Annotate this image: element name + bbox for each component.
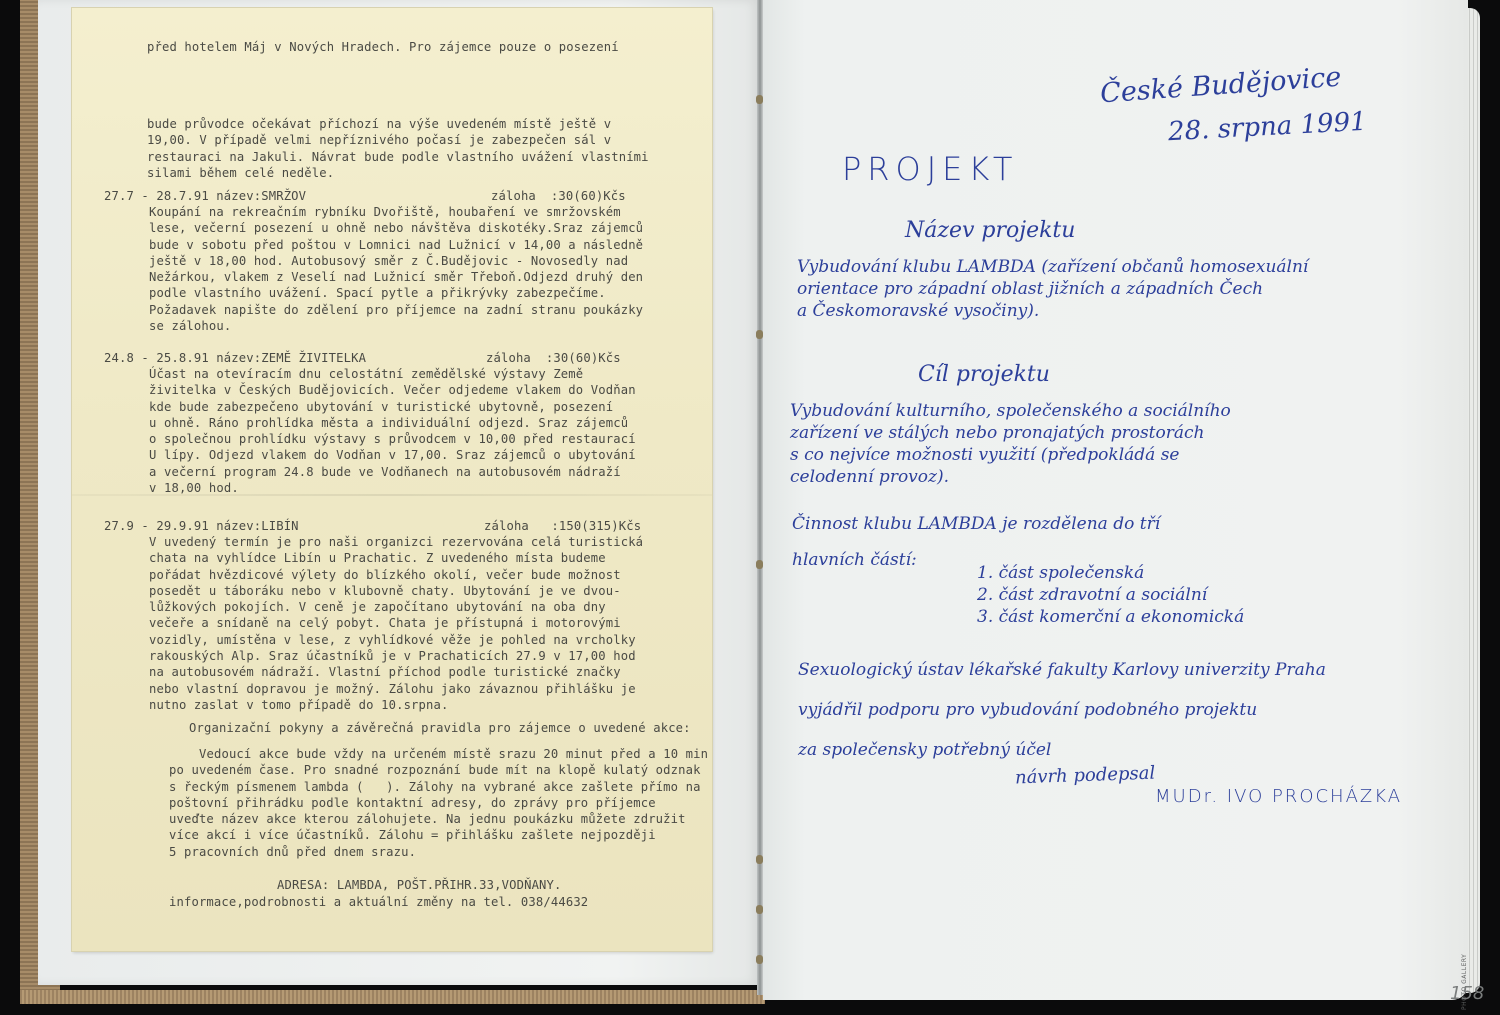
text-line: lůžkových pokojích. V ceně je započítano…: [149, 599, 704, 615]
text-line: poštovní přihrádku podle kontaktní adres…: [169, 795, 708, 811]
heading-project-name: Název projektu: [905, 218, 1075, 243]
event-description: Koupání na rekreačním rybníku Dvořiště, …: [149, 204, 704, 334]
text-line: vozidly, umístěna v lese, z vyhlídkové v…: [149, 632, 704, 648]
binding-stitch: [756, 955, 763, 964]
binding-stitch: [756, 330, 763, 339]
event-description: Účast na otevíracím dnu celostátní zeměd…: [149, 366, 704, 496]
text-line: vyjádřil podporu pro vybudování podobnéh…: [798, 690, 1326, 730]
text-line: posedět u táboráku nebo v klubovně chaty…: [149, 583, 704, 599]
text-line: nebo vlastní dopravou je možný. Zálohu j…: [149, 681, 704, 697]
event-dates: 24.8 - 25.8.91 název:ZEMĚ ŽIVITELKA: [104, 350, 366, 366]
heading-project-goal: Cíl projektu: [918, 362, 1050, 387]
project-title: PROJEKT: [842, 150, 1018, 188]
text-line: nutno zaslat v tomo případě do 10.srpna.: [149, 697, 704, 713]
rules-text: Vedoucí akce bude vždy na určeném místě …: [169, 746, 708, 860]
event-description: V uvedený termín je pro naši organizci r…: [149, 534, 704, 713]
text-line: a Českomoravské vysočiny).: [797, 300, 1308, 322]
text-line: v 18,00 hod.: [149, 480, 704, 496]
text-line: u ohně. Ráno prohlídka města a individuá…: [149, 415, 704, 431]
club-parts-list: 1. část společenská 2. část zdravotní a …: [977, 562, 1244, 628]
text-line: Činnost klubu LAMBDA je rozdělena do tří: [792, 506, 1160, 542]
page-stack-edges: [1466, 8, 1480, 993]
event-dates: 27.7 - 28.7.91 název:SMRŽOV: [104, 188, 306, 204]
text-line: za společensky potřebný účel: [798, 730, 1326, 770]
text-line: Vybudování klubu LAMBDA (zařízení občanů…: [797, 256, 1308, 278]
flyer-top-line: před hotelem Máj v Nových Hradech. Pro z…: [147, 39, 619, 55]
text-line: o společnou prohlídku výstavy s průvodce…: [149, 431, 704, 447]
text-line: Koupání na rekreačním rybníku Dvořiště, …: [149, 204, 704, 220]
text-line: U lípy. Odjezd vlakem do Vodňan v 17,00.…: [149, 447, 704, 463]
event-deposit: záloha :30(60)Kčs: [491, 188, 626, 204]
text-line: celodenní provoz).: [790, 466, 1231, 488]
text-line: živitelka v Českých Budějovicích. Večer …: [149, 382, 704, 398]
text-line: Účast na otevíracím dnu celostátní zeměd…: [149, 366, 704, 382]
contact-address: ADRESA: LAMBDA, POŠT.PŘIHR.33,VODŇANY.: [277, 877, 562, 893]
text-line: pořádat hvězdicové výlety do blízkého ok…: [149, 567, 704, 583]
text-line: více akcí i více účastníků. Zálohu = při…: [169, 827, 708, 843]
text-line: s co nejvíce možnosti využití (předpoklá…: [790, 444, 1231, 466]
text-line: Požadavek napište do zdělení pro příjemc…: [149, 302, 704, 318]
text-line: zařízení ve stálých nebo pronajatých pro…: [790, 422, 1231, 444]
event-smrzov: 27.7 - 28.7.91 název:SMRŽOV záloha :30(6…: [104, 188, 704, 334]
rules-heading: Organizační pokyny a závěrečná pravidla …: [189, 720, 691, 736]
project-name-text: Vybudování klubu LAMBDA (zařízení občanů…: [797, 256, 1308, 322]
text-line: rakouských Alp. Sraz účastníků je v Prac…: [149, 648, 704, 664]
text-line: se zálohou.: [149, 318, 704, 334]
text-line: Sexuologický ústav lékařské fakulty Karl…: [798, 650, 1326, 690]
list-item: 1. část společenská: [977, 562, 1244, 584]
text-line: bude průvodce očekávat příchozí na výše …: [147, 116, 649, 132]
event-zeme-zivitelka: 24.8 - 25.8.91 název:ZEMĚ ŽIVITELKA zálo…: [104, 350, 704, 496]
list-item: 2. část zdravotní a sociální: [977, 584, 1244, 606]
event-deposit: záloha :30(60)Kčs: [486, 350, 621, 366]
list-item: 3. část komerční a ekonomická: [977, 606, 1244, 628]
text-line: 19,00. V případě velmi nepříznivého poča…: [147, 132, 649, 148]
contact-phone-info: informace,podrobnosti a aktuální změny n…: [169, 894, 588, 910]
text-line: Nežárkou, vlakem z Veselí nad Lužnicí sm…: [149, 269, 704, 285]
typed-flyer: před hotelem Máj v Nových Hradech. Pro z…: [72, 8, 712, 951]
text-line: ještě v 18,00 hod. Autobusový směr z Č.B…: [149, 253, 704, 269]
text-line: po uvedeném čase. Pro snadné rozpoznání …: [169, 762, 708, 778]
text-line: V uvedený termín je pro naši organizci r…: [149, 534, 704, 550]
text-line: kde bude zabezpečeno ubytování v turisti…: [149, 399, 704, 415]
book-cover-bottom-edge: [20, 990, 765, 1004]
text-line: 5 pracovních dnů před dnem srazu.: [169, 844, 708, 860]
binding-stitch: [756, 905, 763, 914]
binding-stitch: [756, 560, 763, 569]
text-line: a večerní program 24.8 bude ve Vodňanech…: [149, 464, 704, 480]
flyer-intro: bude průvodce očekávat příchozí na výše …: [147, 116, 649, 181]
text-line: silami během celé neděle.: [147, 165, 649, 181]
support-statement: Sexuologický ústav lékařské fakulty Karl…: [798, 650, 1326, 770]
text-line: Vedoucí akce bude vždy na určeném místě …: [169, 746, 708, 762]
text-line: chata na vyhlídce Libín u Prachatic. Z u…: [149, 550, 704, 566]
text-line: orientace pro západní oblast jižních a z…: [797, 278, 1308, 300]
page-number: 158: [1450, 983, 1484, 1004]
text-line: restauraci na Jakuli. Návrat bude podle …: [147, 149, 649, 165]
binding-stitch: [756, 95, 763, 104]
event-dates: 27.9 - 29.9.91 název:LIBÍN: [104, 518, 299, 534]
event-deposit: záloha :150(315)Kčs: [484, 518, 641, 534]
text-line: lese, večerní posezení u ohně nebo návšt…: [149, 220, 704, 236]
binding-stitch: [756, 855, 763, 864]
text-line: s řeckým písmenem lambda ( ). Zálohy na …: [169, 779, 708, 795]
event-libin: 27.9 - 29.9.91 název:LIBÍN záloha :150(3…: [104, 518, 704, 713]
signatory-name: MUDr. IVO PROCHÁZKA: [1155, 786, 1402, 807]
text-line: podle vlastního uvážení. Spací pytle a p…: [149, 285, 704, 301]
text-line: Vybudování kulturního, společenského a s…: [790, 400, 1231, 422]
text-line: uveďte název akce kterou zálohujete. Na …: [169, 811, 708, 827]
text-line: na autobusovém nádraží. Vlastní příchod …: [149, 664, 704, 680]
project-goal-text: Vybudování kulturního, společenského a s…: [790, 400, 1231, 488]
text-line: večeře a snídaně na celý pobyt. Chata je…: [149, 615, 704, 631]
text-line: bude v sobotu před poštou v Lomnici nad …: [149, 237, 704, 253]
